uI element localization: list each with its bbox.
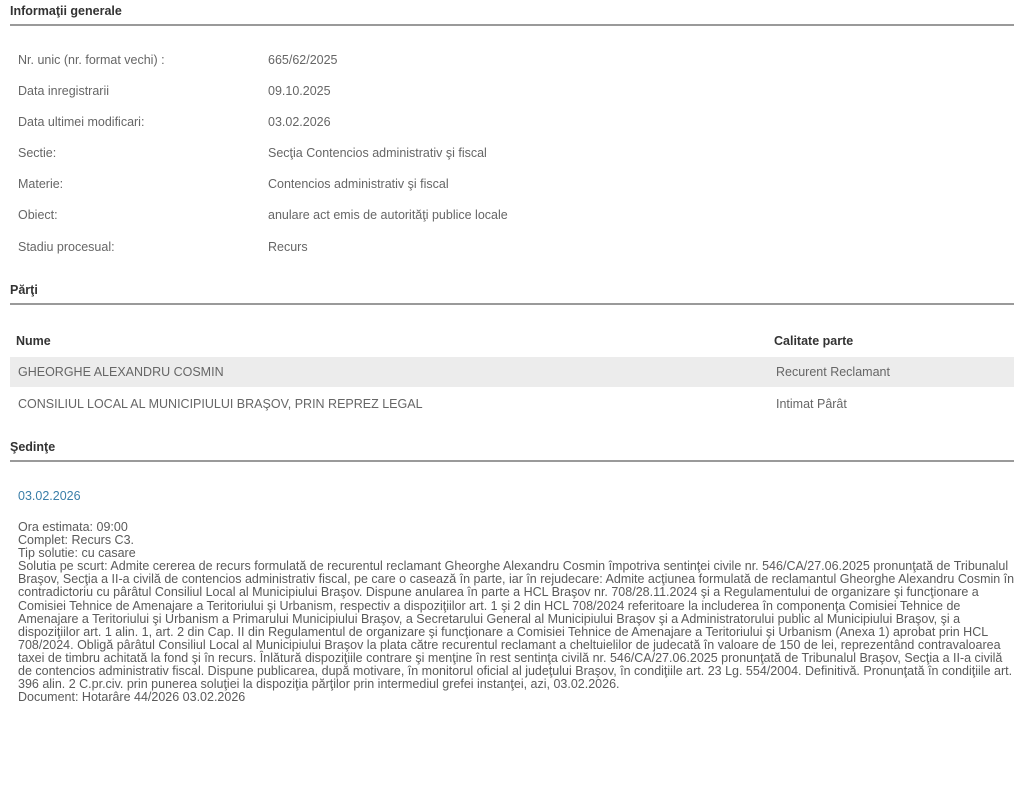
info-value: Recurs <box>268 240 308 254</box>
parties-table-header: Nume Calitate parte <box>10 330 1014 352</box>
section-title-parties: Părţi <box>10 283 1014 305</box>
info-value: 665/62/2025 <box>268 53 338 67</box>
info-label: Nr. unic (nr. format vechi) : <box>18 53 165 67</box>
table-row: GHEORGHE ALEXANDRU COSMIN Recurent Recla… <box>10 357 1014 387</box>
column-header-name: Nume <box>16 334 51 348</box>
table-row: CONSILIUL LOCAL AL MUNICIPIULUI BRAŞOV, … <box>10 389 1014 419</box>
section-title-general: Informaţii generale <box>10 4 1014 26</box>
party-role: Recurent Reclamant <box>776 365 890 379</box>
session-estimated-time: Ora estimata: 09:00 <box>18 521 1018 534</box>
session-document: Document: Hotarâre 44/2026 03.02.2026 <box>18 691 1018 704</box>
session-solution-summary: Solutia pe scurt: Admite cererea de recu… <box>18 560 1018 691</box>
info-label: Materie: <box>18 177 63 191</box>
session-panel: Complet: Recurs C3. <box>18 534 1018 547</box>
info-label: Obiect: <box>18 208 58 222</box>
party-name: CONSILIUL LOCAL AL MUNICIPIULUI BRAŞOV, … <box>18 397 423 411</box>
section-title-sessions: Şedinţe <box>10 440 1014 462</box>
info-label: Data ultimei modificari: <box>18 115 144 129</box>
column-header-role: Calitate parte <box>774 334 853 348</box>
session-details: Ora estimata: 09:00 Complet: Recurs C3. … <box>18 521 1018 704</box>
info-value: anulare act emis de autorităţi publice l… <box>268 208 508 222</box>
info-label: Data inregistrarii <box>18 84 109 98</box>
info-value: Contencios administrativ şi fiscal <box>268 177 449 191</box>
info-label: Sectie: <box>18 146 56 160</box>
info-label: Stadiu procesual: <box>18 240 115 254</box>
party-name: GHEORGHE ALEXANDRU COSMIN <box>18 365 224 379</box>
party-role: Intimat Pârât <box>776 397 847 411</box>
info-value: 09.10.2025 <box>268 84 331 98</box>
info-value: 03.02.2026 <box>268 115 331 129</box>
info-value: Secţia Contencios administrativ şi fisca… <box>268 146 487 160</box>
session-date: 03.02.2026 <box>18 489 81 503</box>
